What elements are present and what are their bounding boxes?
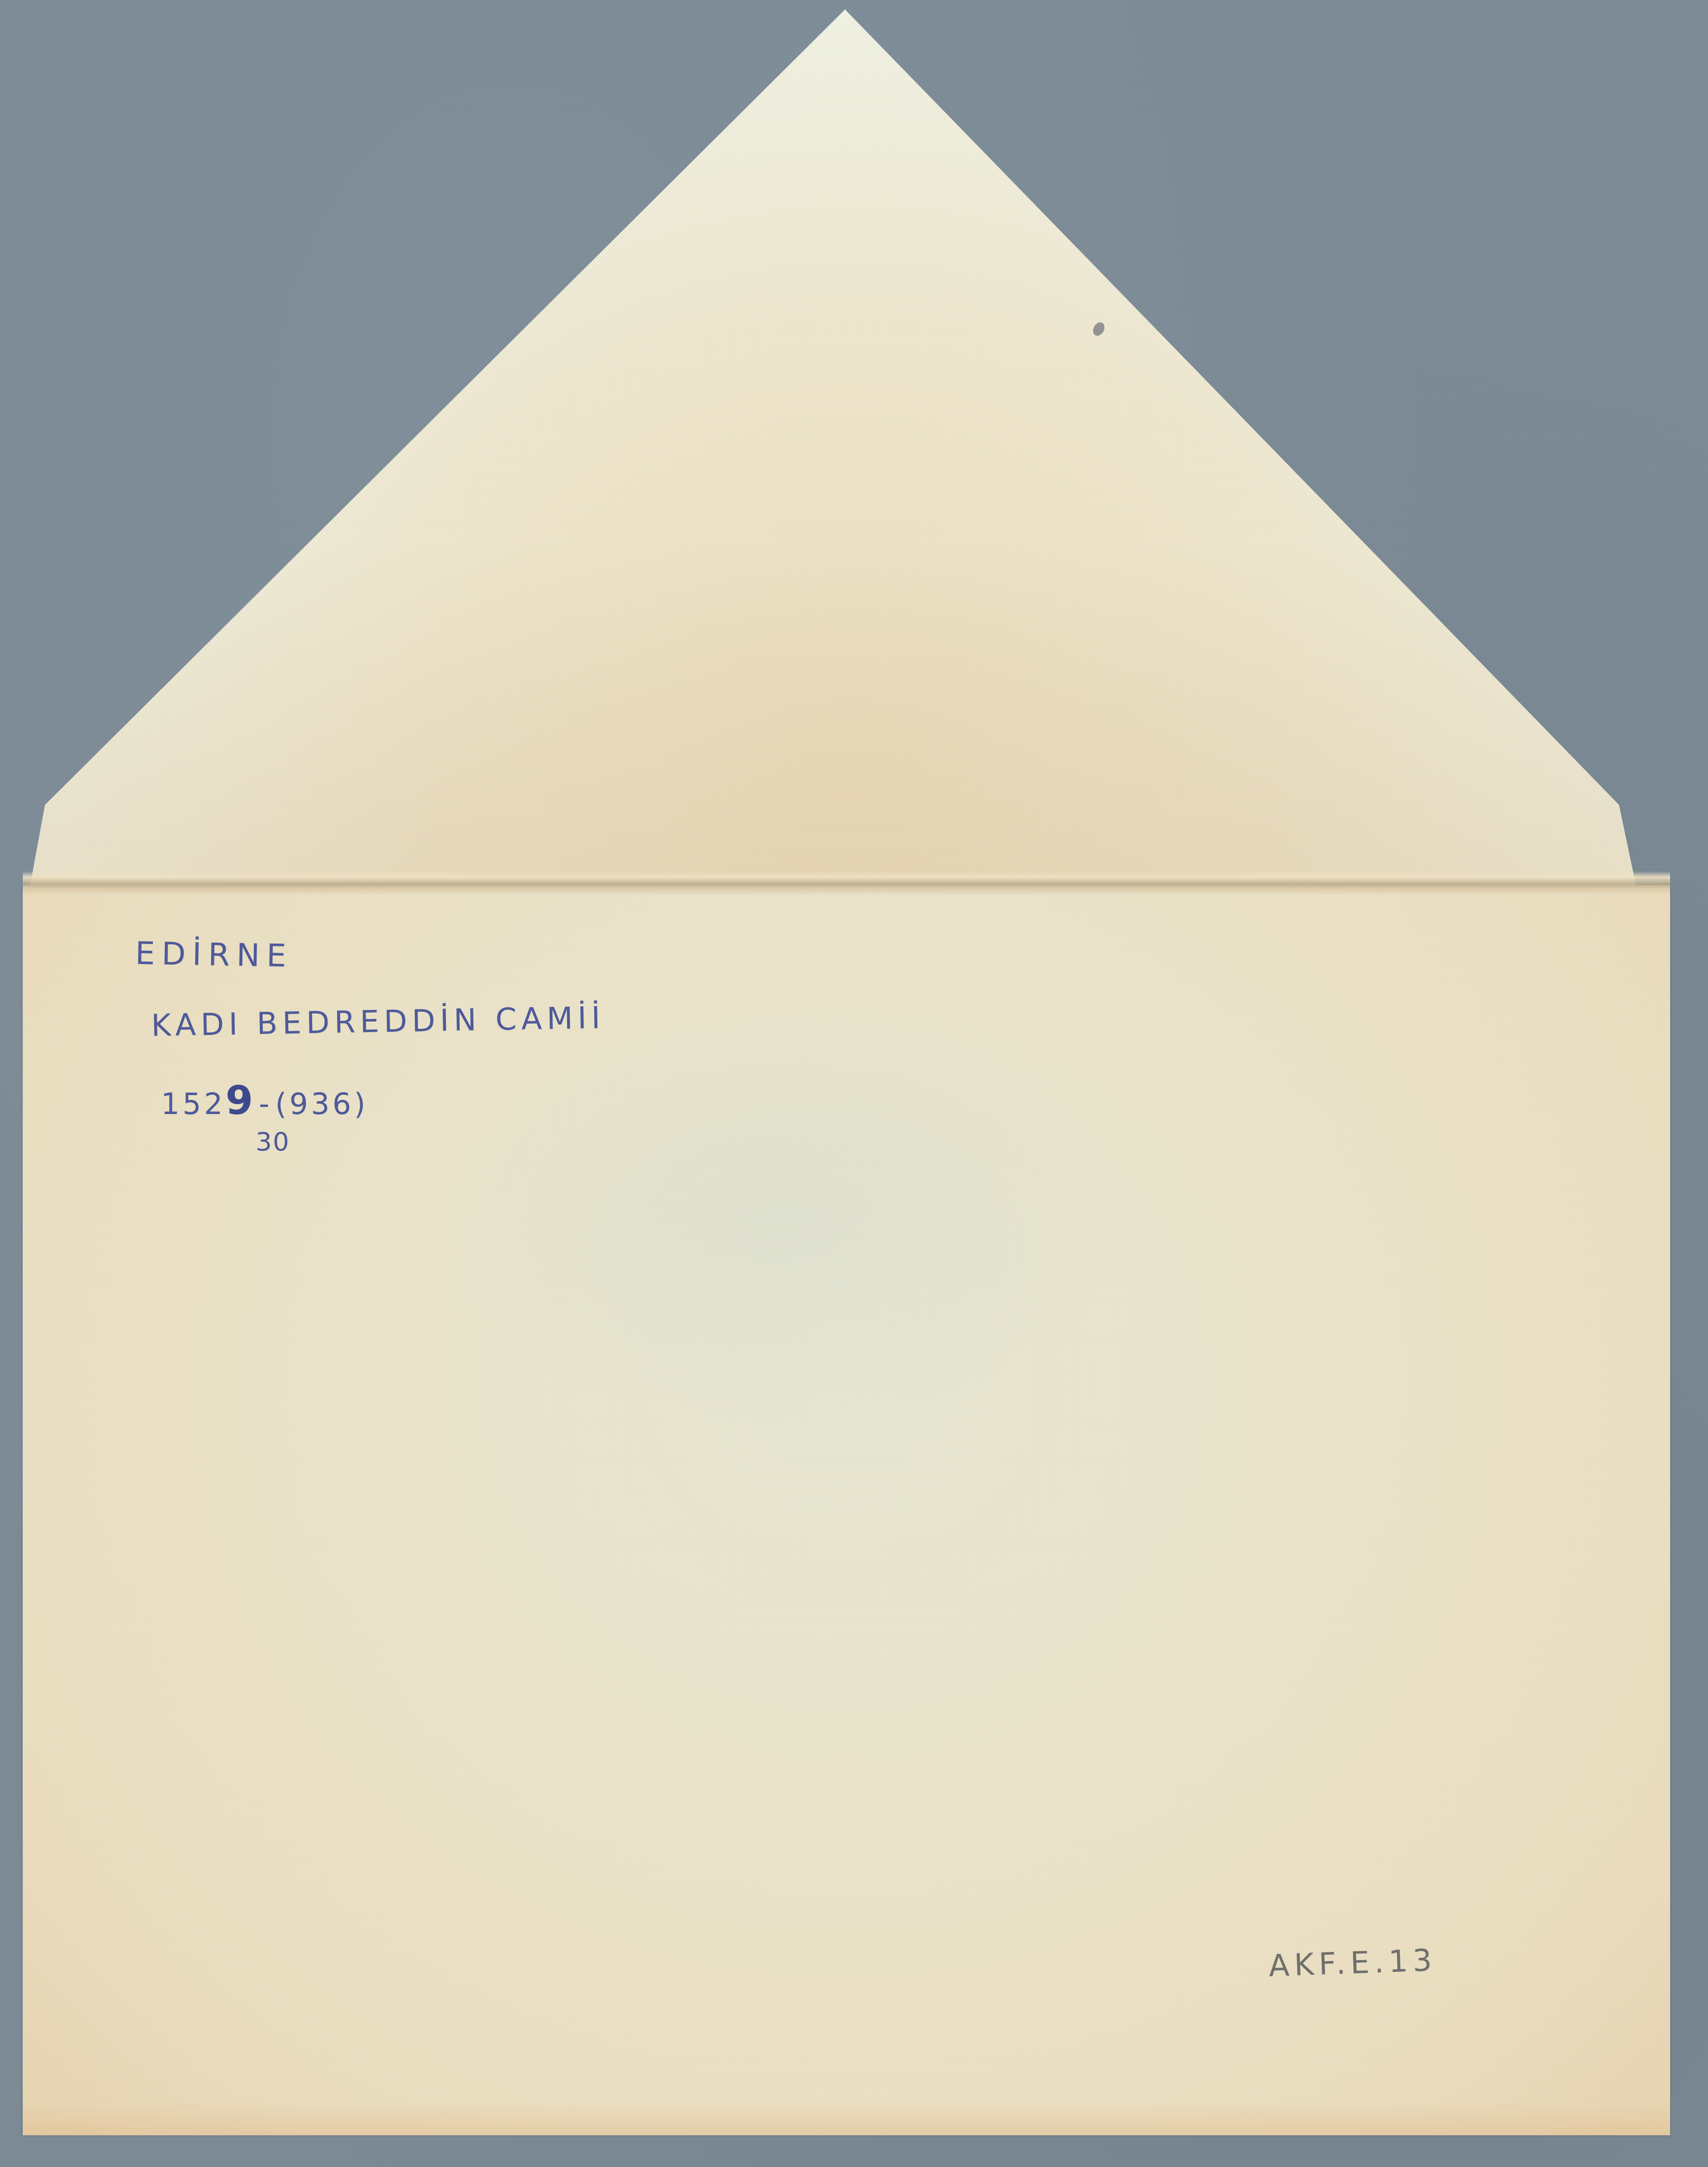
date-separator: -: [259, 1087, 272, 1121]
envelope-flap-shading: [0, 0, 1708, 900]
inner-flap-shadow: [425, 1004, 1135, 1430]
scanned-envelope-scene: EDİRNE KADI BEDREDDİN CAMİİ 1529-(936) 3…: [0, 0, 1708, 2167]
date-gregorian-prefix: 152: [161, 1087, 225, 1121]
envelope-bottom-edge: [23, 2102, 1670, 2135]
date-hijri: (936): [275, 1087, 368, 1121]
handwritten-city: EDİRNE: [135, 935, 293, 974]
flap-fold-line: [23, 871, 1670, 895]
handwritten-date-second-year: 30: [256, 1127, 290, 1157]
catalog-number: AKF.E.13: [1268, 1943, 1437, 1984]
date-overwritten-digit: 9: [225, 1077, 256, 1124]
handwritten-date: 1529-(936): [161, 1077, 368, 1124]
